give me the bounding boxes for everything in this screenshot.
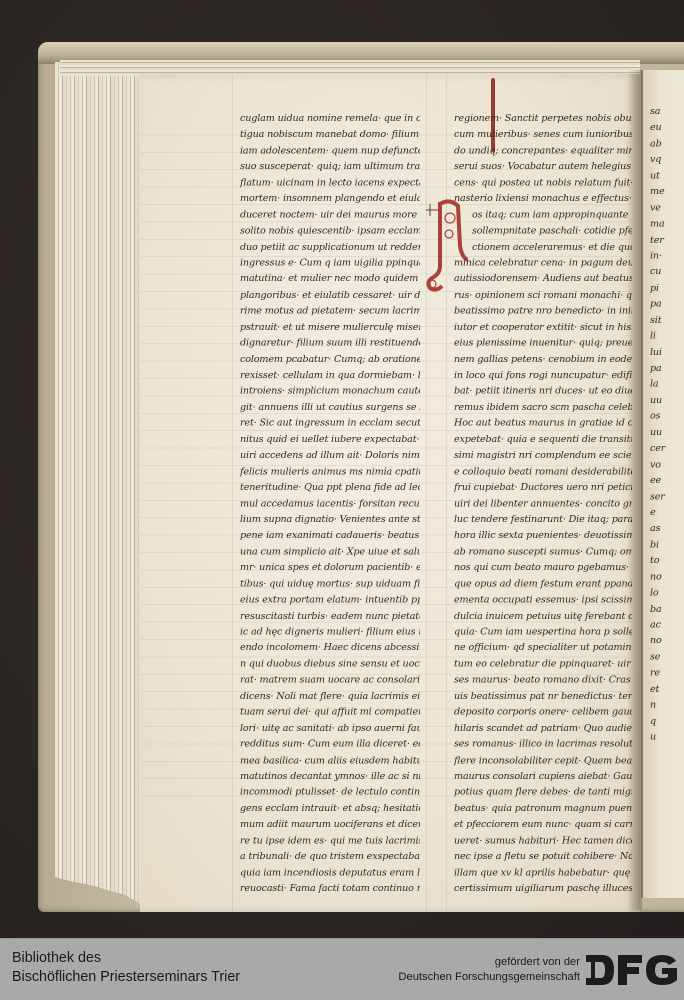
text-line: no bbox=[650, 569, 684, 585]
text-line: redditus sum· Cum eum illa diceret· ecce… bbox=[240, 737, 420, 753]
text-line: cens· qui postea ut nobis relatum fuit· … bbox=[454, 175, 632, 191]
text-line: quia iam incendiosis deputatus eram loci… bbox=[240, 865, 420, 881]
text-line: ne officium· qd specialiter ut potaminia bbox=[454, 640, 632, 656]
text-line: vq bbox=[650, 152, 684, 168]
text-line: uu bbox=[650, 425, 684, 441]
manuscript-column-right: regionem· Sanctit perpetes nobis obuiam·… bbox=[454, 111, 632, 897]
text-line: eius extra portam elatum· intuentib pplo… bbox=[240, 592, 420, 608]
text-line: os bbox=[650, 409, 684, 425]
text-line: colomem pcabatur· Cumq; ab oratione sur bbox=[240, 352, 420, 368]
text-line: nem gallias petens· cenobium in eodem pa… bbox=[454, 352, 632, 368]
text-line: cer bbox=[650, 441, 684, 457]
text-line: as bbox=[650, 521, 684, 537]
column-margin-line bbox=[232, 74, 233, 912]
text-line: n bbox=[650, 698, 684, 714]
manuscript-viewer[interactable]: cuglam uidua nomine remela· que in con t… bbox=[0, 0, 684, 938]
text-line: pa bbox=[650, 297, 684, 313]
text-line: incommodi ptulisset· de lectulo continuo… bbox=[240, 785, 420, 801]
text-line: uiri dei libenter annuentes· concito gre… bbox=[454, 496, 632, 512]
text-line: pstrauit· et ut misere mulierculę misere… bbox=[240, 320, 420, 336]
text-line: ementa occupati essemus· ipsi scissimi u… bbox=[454, 592, 632, 608]
text-line: remus ibidem sacro scm pascha celebrante… bbox=[454, 400, 632, 416]
text-line: solito nobis quiescentib· ipsam ecclam u… bbox=[240, 223, 420, 239]
text-line: ser bbox=[650, 489, 684, 505]
text-line: vo bbox=[650, 457, 684, 473]
text-line: hilaris scandet ad patriam· Quo audiens bbox=[454, 721, 632, 737]
text-line: uis beatissimus pat nr benedictus· terre… bbox=[454, 689, 632, 705]
text-line: nitus quid ei uellet iubere expectabat· … bbox=[240, 432, 420, 448]
text-line: mul accedamus iacentis· forsitan recupab… bbox=[240, 496, 420, 512]
text-line: introiens· simplicium monachum caute ret… bbox=[240, 384, 420, 400]
funding-credit: gefördert von der Deutschen Forschungsge… bbox=[398, 955, 580, 985]
text-line: plangoribus· et eiulatib cessaret· uir d… bbox=[240, 287, 420, 303]
text-line: sollempnitate paschali· cotidie pfe bbox=[454, 223, 632, 239]
text-line: matutina· et mulier nec modo quidem a bbox=[240, 271, 420, 287]
text-line: certissimum uigiliarum paschę illucesceb… bbox=[454, 881, 632, 897]
text-line: in· bbox=[650, 248, 684, 264]
text-line: e colloquio beati romani desiderabiliter… bbox=[454, 464, 632, 480]
text-line: dulcia inuicem petuius uitę ferebant col… bbox=[454, 608, 632, 624]
text-line: cuglam uidua nomine remela· que in con bbox=[240, 111, 420, 127]
text-line: n qui duobus diebus sine sensu et uoce i… bbox=[240, 656, 420, 672]
text-line: nos qui cum beato mauro pgebamus· ardua bbox=[454, 560, 632, 576]
text-line: minica celebratur cena· in pagum deuenim… bbox=[454, 255, 632, 271]
text-line: ueret· sumus habituri· Hec tamen dicenti… bbox=[454, 833, 632, 849]
dfg-logo-icon bbox=[586, 953, 678, 987]
text-line: git· annuens illi ut cautius surgens se … bbox=[240, 400, 420, 416]
text-line: eu bbox=[650, 120, 684, 136]
text-line: ret· Sic aut ingressum in ecclam secutus… bbox=[240, 416, 420, 432]
text-line: a tribunali· de quo tristem exspectabam … bbox=[240, 849, 420, 865]
text-line: resuscitasti turbis· eadem nunc pietate·… bbox=[240, 608, 420, 624]
page-fore-edges bbox=[55, 62, 143, 907]
text-line: una cum simplicio ait· Xpe uiue et salua… bbox=[240, 544, 420, 560]
institution-line-2: Bischöflichen Priesterseminars Trier bbox=[12, 968, 240, 987]
text-line: se bbox=[650, 649, 684, 665]
text-line: flere inconsolabiliter cepit· Quem beatu… bbox=[454, 753, 632, 769]
text-line: re tu ipse idem es· qui me tuis lacrimis… bbox=[240, 833, 420, 849]
text-line: ingressus e· Cum q iam uigilia ppinquare… bbox=[240, 255, 420, 271]
text-line: beatus· quia patronum magnum puenturi bbox=[454, 801, 632, 817]
text-line: rime motus ad pietatem· secum lacrimis d… bbox=[240, 304, 420, 320]
text-line: tigua nobiscum manebat domo· filium suu bbox=[240, 127, 420, 143]
text-line: ctionem acceleraremus· et die quo do bbox=[454, 239, 632, 255]
text-line: Hoc aut beatus maurus in gratiae id circ… bbox=[454, 416, 632, 432]
text-line: et bbox=[650, 682, 684, 698]
text-line: uu bbox=[650, 393, 684, 409]
text-line: lium supna dignatio· Venientes ante stra… bbox=[240, 512, 420, 528]
text-line: la bbox=[650, 377, 684, 393]
text-line: ab romano suscepti sumus· Cumq; omnes bbox=[454, 544, 632, 560]
text-line: do undiq; concrepantes· equaliter mirifi… bbox=[454, 143, 632, 159]
text-line: beatissimo patre nro benedicto· in initi… bbox=[454, 304, 632, 320]
right-page-column-fragment: sa eu ab vq ut me ve ma ter in· cu pi pa… bbox=[650, 104, 684, 746]
text-line: eius plenissime inuenitur· quiq; preuela… bbox=[454, 336, 632, 352]
text-line: rat· matrem suam uocare ac consolari cep… bbox=[240, 672, 420, 688]
institution-line-1: Bibliothek des bbox=[12, 949, 240, 968]
text-line: ve bbox=[650, 200, 684, 216]
text-line: nec ipse a fletu se potuit cohibere· Noc… bbox=[454, 849, 632, 865]
text-line: felicis mulieris animus ms nimia cpatitu… bbox=[240, 464, 420, 480]
text-line: nasterio lixiensi monachus e effectus· x… bbox=[454, 191, 632, 207]
text-line: regionem· Sanctit perpetes nobis obuiam·… bbox=[454, 111, 632, 127]
text-line: me bbox=[650, 184, 684, 200]
text-line: dicens· Noli mat flere· quia lacrimis ei… bbox=[240, 689, 420, 705]
text-line: illam que xv kl aprilis habebatur· quę a… bbox=[454, 865, 632, 881]
text-line: mr· unica spes et dolorum pacientib· et … bbox=[240, 560, 420, 576]
text-line: lui bbox=[650, 345, 684, 361]
text-line: potius quam flere debes· de tanti migrat… bbox=[454, 785, 632, 801]
text-line: ba bbox=[650, 601, 684, 617]
text-line: tum eo celebratur die ppinquaret· uir de… bbox=[454, 656, 632, 672]
text-line: pa bbox=[650, 361, 684, 377]
text-line: cu bbox=[650, 264, 684, 280]
text-line: lori· uitę ac sanitati· ab ipso auerni f… bbox=[240, 721, 420, 737]
text-line: ee bbox=[650, 473, 684, 489]
text-line: to bbox=[650, 553, 684, 569]
text-line: maurus consolari cupiens aiebat· Gaudere bbox=[454, 769, 632, 785]
text-line: tuam serui dei· qui affuit mi compatiens… bbox=[240, 705, 420, 721]
text-line: autissiodorensem· Audiens aut beatus mau bbox=[454, 271, 632, 287]
text-line: que opus ad diem festum erant ppanda uel bbox=[454, 576, 632, 592]
text-line: hora illic sexta puenientes· deuotissime… bbox=[454, 528, 632, 544]
text-line-content: nasterio lixiensi monachus e effectus· x… bbox=[454, 194, 632, 204]
text-line: pi bbox=[650, 280, 684, 296]
text-line: iutor et cooperator extitit· sicut in hi… bbox=[454, 320, 632, 336]
text-line: tibus· qui uiduę mortus· sup uiduam fili… bbox=[240, 576, 420, 592]
credit-line-1: gefördert von der bbox=[398, 955, 580, 970]
institution-name: Bibliothek des Bischöflichen Priestersem… bbox=[12, 949, 240, 987]
text-line: mea basilica· cum aliis eiusdem habitus … bbox=[240, 753, 420, 769]
text-line: duo petiit ac supplicationum ut redderet bbox=[240, 239, 420, 255]
text-line: ter bbox=[650, 232, 684, 248]
text-line: mum adiit maurum uociferans et dicens· D… bbox=[240, 817, 420, 833]
text-line: ma bbox=[650, 216, 684, 232]
text-line: uiri accedens ad illum ait· Doloris nimi… bbox=[240, 448, 420, 464]
text-line: gens ecclam intrauit· et absq; hesitatio… bbox=[240, 801, 420, 817]
text-line: mortem· insomnem plangendo et eiulando bbox=[240, 191, 420, 207]
footer-bar: Bibliothek des Bischöflichen Priestersem… bbox=[0, 938, 684, 1000]
text-line: pene iam exanimati cadaueris· beatus mau… bbox=[240, 528, 420, 544]
text-line: ab bbox=[650, 136, 684, 152]
text-line: bi bbox=[650, 537, 684, 553]
text-line: in loco qui fons rogi nuncupatur· edific… bbox=[454, 368, 632, 384]
text-line: deposito corporis onere· celibem gaudens… bbox=[454, 705, 632, 721]
text-line: teneritudine· Qua ppt plena fide ad lect… bbox=[240, 480, 420, 496]
text-line: quia· Cum iam uespertina hora p sollemp bbox=[454, 624, 632, 640]
text-line: no bbox=[650, 633, 684, 649]
text-line: duceret noctem· uir dei maurus more sibi bbox=[240, 207, 420, 223]
text-line: u bbox=[650, 730, 684, 746]
text-line: rus· opinionem sci romani monachi· qui bbox=[454, 287, 632, 303]
text-line: os itaq; cum iam appropinquante bbox=[454, 207, 632, 223]
text-line: lo bbox=[650, 585, 684, 601]
text-line: ses maurus· beato romano dixit· Cras hu bbox=[454, 672, 632, 688]
text-line: suo susceperat· quiq; iam ultimum trahen… bbox=[240, 159, 420, 175]
text-line: ic ad hęc digneris mulieri· filium eius … bbox=[240, 624, 420, 640]
text-line: ut bbox=[650, 168, 684, 184]
text-line: simi magistri nri complendum ee sciebat· bbox=[454, 448, 632, 464]
text-line: matutinos decantat ymnos· ille ac si nic… bbox=[240, 769, 420, 785]
text-line: re bbox=[650, 665, 684, 681]
text-line: frui cupiebat· Ductores uero nri peticio… bbox=[454, 480, 632, 496]
text-line: flatum· uicinam in lecto iacens expectab… bbox=[240, 175, 420, 191]
text-line: reuocasti· Fama facti totam continuo rep… bbox=[240, 881, 420, 897]
text-line: ses romanus· illico in lacrimas resolutu… bbox=[454, 737, 632, 753]
text-line: endo incolomem· Haec dicens abcessit· Il… bbox=[240, 640, 420, 656]
text-line: expetebat· quia e sequenti die transitum… bbox=[454, 432, 632, 448]
text-line: iam adolescentem· quem nup defuncto uiro bbox=[240, 143, 420, 159]
text-line: sit bbox=[650, 313, 684, 329]
text-line: bat· petiit itineris nri duces· ut eo di… bbox=[454, 384, 632, 400]
manuscript-column-left: cuglam uidua nomine remela· que in con t… bbox=[240, 111, 420, 897]
text-line: luc tendere festinarunt· Die itaq; paras… bbox=[454, 512, 632, 528]
text-line: cum mulieribus· senes cum iunioribus· la… bbox=[454, 127, 632, 143]
text-line: e bbox=[650, 505, 684, 521]
text-line: li bbox=[650, 329, 684, 345]
text-line: sa bbox=[650, 104, 684, 120]
text-line: serui suos· Vocabatur autem helegius ado… bbox=[454, 159, 632, 175]
text-line: q bbox=[650, 714, 684, 730]
credit-line-2: Deutschen Forschungsgemeinschaft bbox=[398, 970, 580, 985]
text-line: ac bbox=[650, 617, 684, 633]
text-line: rexisset· cellulam in qua dormiebam· lat… bbox=[240, 368, 420, 384]
text-line: dignaretur· filium suum illi restituendo… bbox=[240, 336, 420, 352]
text-line: et pfecciorem eum nunc· quam si carne in bbox=[454, 817, 632, 833]
